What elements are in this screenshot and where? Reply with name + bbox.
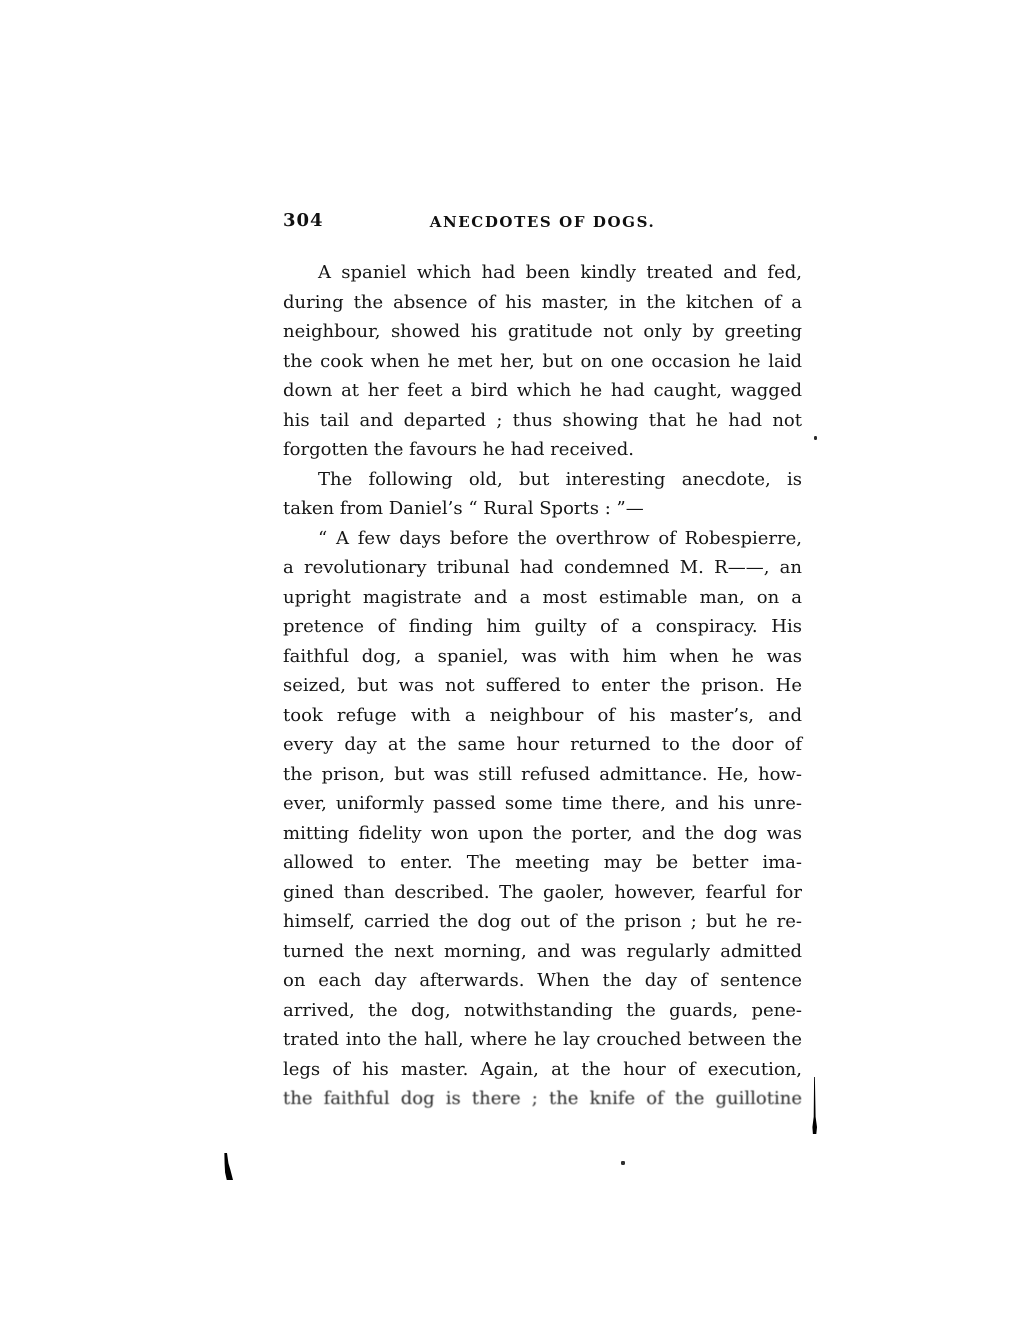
text-line: on each day afterwards. When the day of …: [283, 966, 802, 996]
text-line: The following old, but interesting anecd…: [283, 465, 802, 495]
text-line: the prison, but was still refused admitt…: [283, 760, 802, 790]
speck-artifact: [814, 436, 817, 440]
paragraph: The following old, but interesting anecd…: [283, 465, 802, 524]
text-line: upright magistrate and a most estimable …: [283, 583, 802, 613]
text-line: seized, but was not suffered to enter th…: [283, 671, 802, 701]
running-title: ANECDOTES OF DOGS.: [283, 213, 802, 231]
text-line: forgotten the favours he had received.: [283, 435, 802, 465]
text-line: his tail and departed ; thus showing tha…: [283, 406, 802, 436]
text-line: the faithful dog is there ; the knife of…: [283, 1084, 802, 1114]
text-line: pretence of finding him guilty of a cons…: [283, 612, 802, 642]
text-line: mitting fidelity won upon the porter, an…: [283, 819, 802, 849]
text-line: faithful dog, a spaniel, was with him wh…: [283, 642, 802, 672]
text-line: a revolutionary tribunal had condemned M…: [283, 553, 802, 583]
margin-stroke-artifact: [812, 1077, 817, 1134]
page-header: 304 ANECDOTES OF DOGS.: [283, 210, 802, 236]
text-line: trated into the hall, where he lay crouc…: [283, 1025, 802, 1055]
text-line: down at her feet a bird which he had cau…: [283, 376, 802, 406]
text-line: during the absence of his master, in the…: [283, 288, 802, 318]
text-line: took refuge with a neighbour of his mast…: [283, 701, 802, 731]
text-line: the cook when he met her, but on one occ…: [283, 347, 802, 377]
text-line: gined than described. The gaoler, howeve…: [283, 878, 802, 908]
speck-artifact: [621, 1161, 625, 1165]
text-line: taken from Daniel’s “ Rural Sports : ”—: [283, 494, 802, 524]
paragraph: A spaniel which had been kindly treated …: [283, 258, 802, 465]
text-line: allowed to enter. The meeting may be bet…: [283, 848, 802, 878]
text-line: “ A few days before the overthrow of Rob…: [283, 524, 802, 554]
book-page-scan: 304 ANECDOTES OF DOGS. A spaniel which h…: [0, 0, 1033, 1339]
text-line: arrived, the dog, notwithstanding the gu…: [283, 996, 802, 1026]
ink-blot-artifact: [221, 1153, 233, 1180]
text-line: legs of his master. Again, at the hour o…: [283, 1055, 802, 1085]
text-line: ever, uniformly passed some time there, …: [283, 789, 802, 819]
paragraph: “ A few days before the overthrow of Rob…: [283, 524, 802, 1114]
text-line: neighbour, showed his gratitude not only…: [283, 317, 802, 347]
page-text: A spaniel which had been kindly treated …: [283, 258, 802, 1114]
text-line: himself, carried the dog out of the pris…: [283, 907, 802, 937]
text-line: every day at the same hour returned to t…: [283, 730, 802, 760]
text-line: turned the next morning, and was regular…: [283, 937, 802, 967]
text-line: A spaniel which had been kindly treated …: [283, 258, 802, 288]
